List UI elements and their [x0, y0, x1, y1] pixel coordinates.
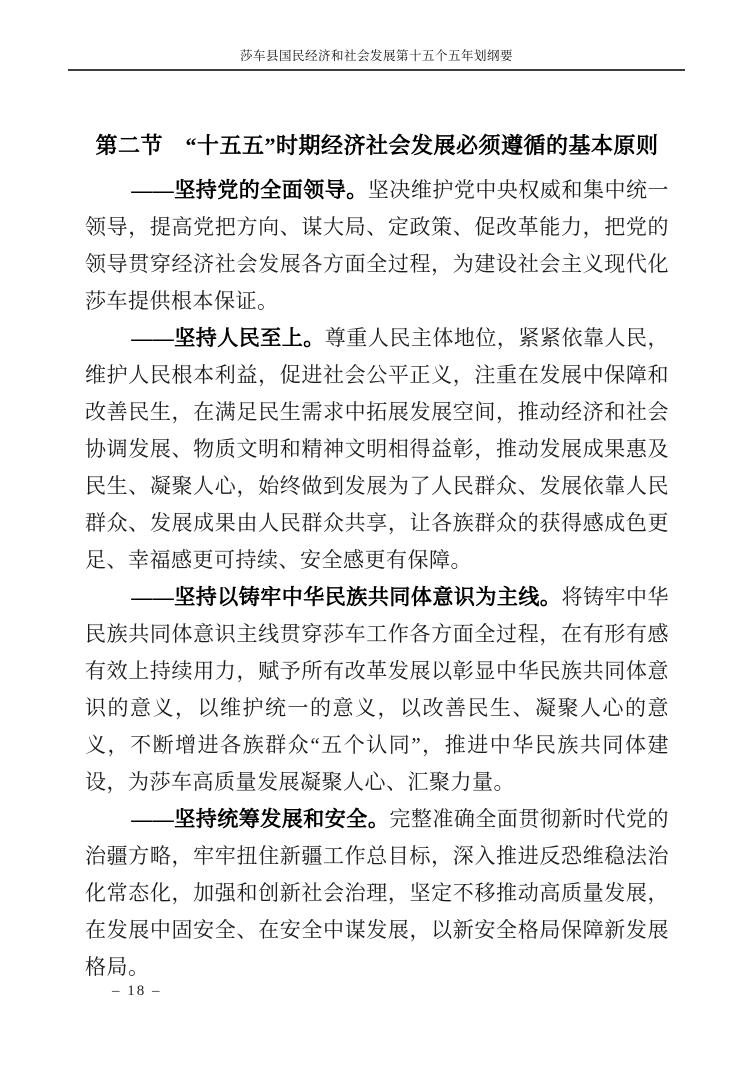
paragraph: ——坚持统筹发展和安全。完整准确全面贯彻新时代党的治疆方略，牢牢扭住新疆工作总目… — [85, 801, 669, 986]
page-number: – 18 – — [112, 983, 162, 1000]
paragraph-text: 尊重人民主体地位，紧紧依靠人民，维护人民根本利益，促进社会公平正义，注重在发展中… — [85, 326, 669, 572]
paragraph-lead: ——坚持以铸牢中华民族共同体意识为主线。 — [131, 585, 561, 609]
paragraph-text: 完整准确全面贯彻新时代党的治疆方略，牢牢扭住新疆工作总目标，深入推进反恐维稳法治… — [85, 807, 669, 979]
paragraph-lead: ——坚持党的全面领导。 — [131, 178, 368, 202]
paragraph-lead: ——坚持人民至上。 — [131, 326, 325, 350]
paragraph-lead: ——坚持统筹发展和安全。 — [131, 807, 389, 831]
paragraph: ——坚持人民至上。尊重人民主体地位，紧紧依靠人民，维护人民根本利益，促进社会公平… — [85, 320, 669, 579]
paragraph: ——坚持以铸牢中华民族共同体意识为主线。将铸牢中华民族共同体意识主线贯穿莎车工作… — [85, 579, 669, 801]
header-rule — [68, 69, 685, 71]
paragraph: ——坚持党的全面领导。坚决维护党中央权威和集中统一领导，提高党把方向、谋大局、定… — [85, 172, 669, 320]
document-page: 莎车县国民经济和社会发展第十五个五年划纲要 第二节 “十五五”时期经济社会发展必… — [0, 0, 753, 1066]
paragraph-text: 将铸牢中华民族共同体意识主线贯穿莎车工作各方面全过程，在有形有感有效上持续用力，… — [85, 585, 669, 794]
running-header: 莎车县国民经济和社会发展第十五个五年划纲要 — [0, 46, 753, 64]
page-content: 第二节 “十五五”时期经济社会发展必须遵循的基本原则 ——坚持党的全面领导。坚决… — [85, 132, 669, 986]
section-title: 第二节 “十五五”时期经济社会发展必须遵循的基本原则 — [85, 132, 669, 160]
